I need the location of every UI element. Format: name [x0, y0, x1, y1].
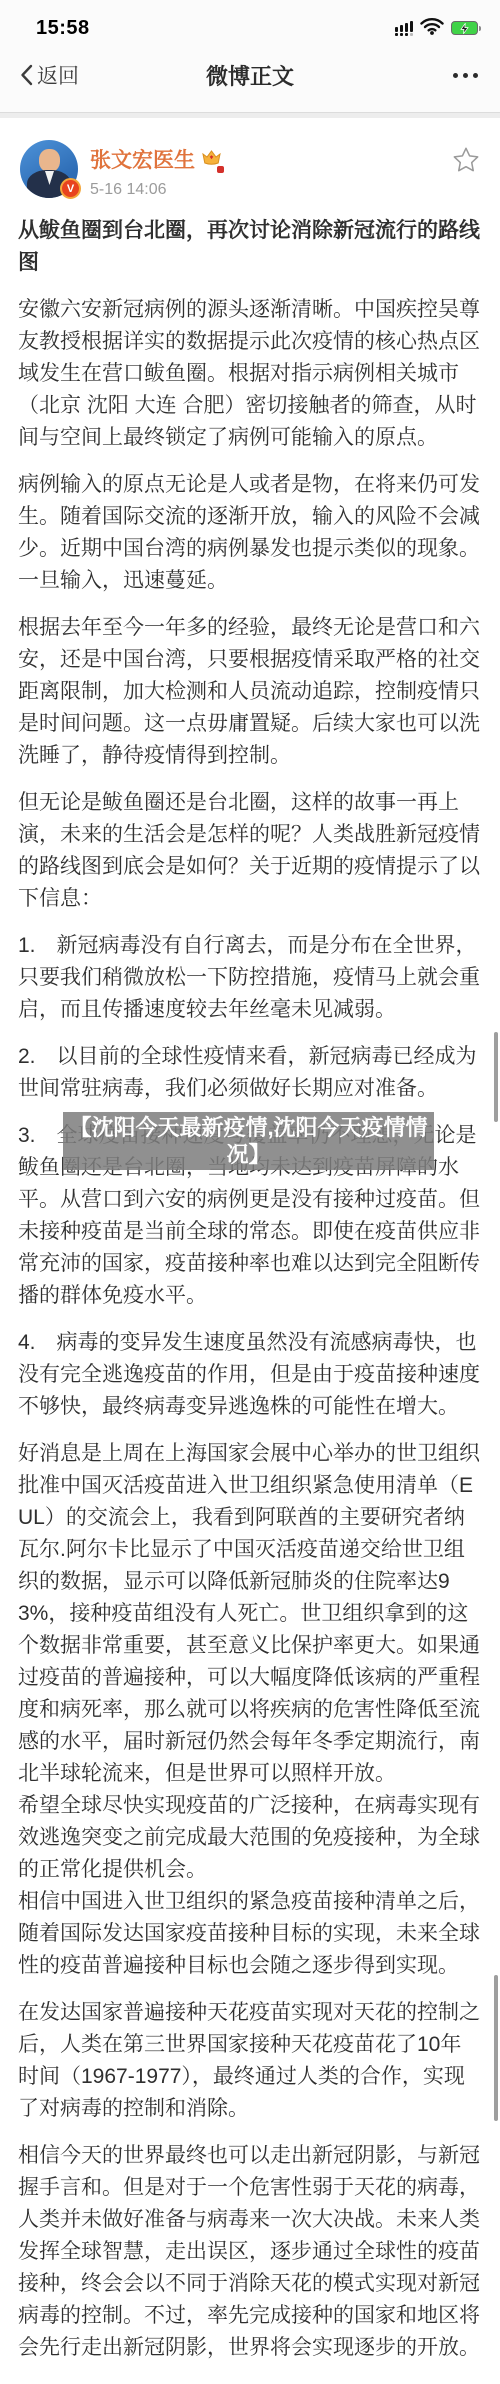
battery-charging-icon	[451, 21, 478, 35]
back-chevron-icon	[20, 64, 33, 86]
nav-bar: 返回 微博正文	[0, 46, 500, 112]
post-timestamp: 5-16 14:06	[90, 181, 452, 199]
post-paragraph: 病例输入的原点无论是人或者是物，在将来仍可发生。随着国际交流的逐渐开放，输入的风…	[18, 469, 482, 597]
post-paragraph: 相信中国进入世卫组织的紧急疫苗接种清单之后，随着国际发达国家疫苗接种目标的实现，…	[18, 1886, 482, 1982]
post-author-row: V 张文宏医生 5-16 14:06	[0, 118, 500, 199]
post-content: 从鲅鱼圈到台北圈，再次讨论消除新冠流行的路线图 安徽六安新冠病例的源头逐渐清晰。…	[0, 199, 500, 2364]
post-paragraph: 希望全球尽快实现疫苗的广泛接种，在病毒实现有效逃逸突变之前完成最大范围的免疫接种…	[18, 1790, 482, 1886]
author-name[interactable]: 张文宏医生	[90, 144, 195, 174]
scrollbar-thumb[interactable]	[494, 1032, 498, 1122]
post-paragraph: 但无论是鲅鱼圈还是台北圈，这样的故事一再上演，未来的生活会是怎样的呢？人类战胜新…	[18, 787, 482, 915]
post-title: 从鲅鱼圈到台北圈，再次讨论消除新冠流行的路线图	[18, 215, 482, 279]
back-label: 返回	[37, 60, 79, 90]
back-button[interactable]: 返回	[20, 60, 79, 90]
verified-badge: V	[60, 178, 81, 199]
favorite-star-icon[interactable]	[452, 146, 480, 179]
more-icon[interactable]	[453, 67, 478, 84]
post-paragraph: 相信今天的世界最终也可以走出新冠阴影，与新冠握手言和。但是对于一个危害性弱于天花…	[18, 2140, 482, 2364]
post-paragraph: 根据去年至今一年多的经验，最终无论是营口和六安，还是中国台湾，只要根据疫情采取严…	[18, 612, 482, 772]
vip-crown-icon	[201, 148, 222, 172]
clock-time: 15:58	[36, 17, 90, 40]
post-paragraph: 在发达国家普遍接种天花疫苗实现对天花的控制之后，人类在第三世界国家接种天花疫苗花…	[18, 1997, 482, 2125]
post-paragraph: 好消息是上周在上海国家会展中心举办的世卫组织批准中国灭活疫苗进入世卫组织紧急使用…	[18, 1438, 482, 1790]
wifi-icon	[420, 17, 444, 40]
post-paragraph: 安徽六安新冠病例的源头逐渐清晰。中国疾控吴尊友教授根据详实的数据提示此次疫情的核…	[18, 294, 482, 454]
post-paragraph: 4. 病毒的变异发生速度虽然没有流感病毒快，也没有完全逃逸疫苗的作用，但是由于疫…	[18, 1327, 482, 1423]
scrollbar-thumb[interactable]	[494, 1975, 498, 2121]
post-paragraph: 1. 新冠病毒没有自行离去，而是分布在全世界，只要我们稍微放松一下防控措施，疫情…	[18, 930, 482, 1026]
watermark-overlay: 【沈阳今天最新疫情,沈阳今天疫情情况】	[63, 1112, 434, 1170]
cellular-signal-icon	[395, 21, 413, 36]
post-paragraph: 2. 以目前的全球性疫情来看，新冠病毒已经成为世间常驻病毒，我们必须做好长期应对…	[18, 1041, 482, 1105]
status-bar: 15:58	[0, 0, 500, 46]
